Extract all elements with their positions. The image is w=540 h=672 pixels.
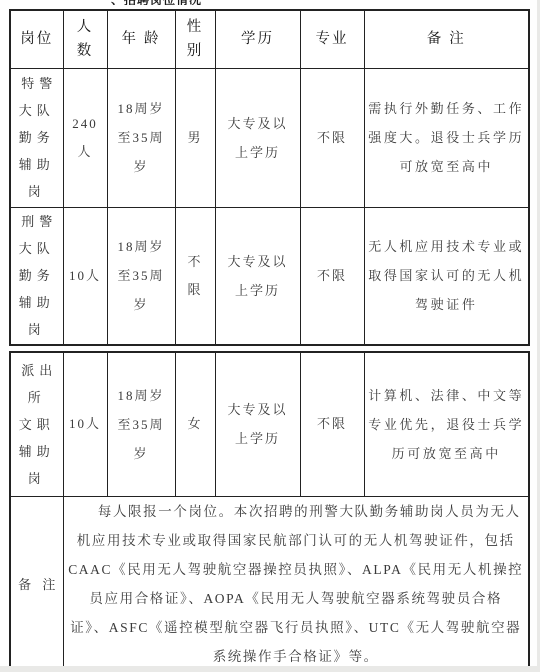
cell-gender: 女: [175, 352, 215, 496]
cell-count: 240 人: [63, 68, 107, 207]
cell-remarks: 计算机、法律、中文等 专业优先，退役士兵学 历可放宽至高中: [364, 352, 529, 496]
cell-gender: 男: [175, 68, 215, 207]
header-education: 学历: [215, 10, 300, 68]
page-edge-bottom: [0, 666, 540, 672]
cell-age: 18周岁 至35周 岁: [107, 352, 175, 496]
table-row: 派出 所 文职 辅助 岗 10人 18周岁 至35周 岁 女 大专及以 上学历 …: [10, 352, 529, 496]
header-remarks: 备 注: [364, 10, 529, 68]
cell-education: 大专及以 上学历: [215, 207, 300, 345]
cell-remarks: 需执行外勤任务、工作 强度大。退役士兵学历 可放宽至高中: [364, 68, 529, 207]
cell-education: 大专及以 上学历: [215, 352, 300, 496]
header-gender: 性 别: [175, 10, 215, 68]
recruitment-table-upper: 岗位 人 数 年 龄 性 别 学历 专业 备 注 特警 大队 勤务 辅助 岗 2…: [9, 9, 530, 346]
cell-major: 不限: [300, 68, 364, 207]
header-row: 岗位 人 数 年 龄 性 别 学历 专业 备 注: [10, 10, 529, 68]
cell-position: 特警 大队 勤务 辅助 岗: [10, 68, 63, 207]
footer-remarks-label: 备 注: [10, 496, 63, 672]
cell-count: 10人: [63, 207, 107, 345]
cell-gender: 不 限: [175, 207, 215, 345]
cell-education: 大专及以 上学历: [215, 68, 300, 207]
footer-remarks-row: 备 注 每人限报一个岗位。本次招聘的刑警大队勤务辅助岗人员为无人 机应用技术专业…: [10, 496, 529, 672]
table-row: 特警 大队 勤务 辅助 岗 240 人 18周岁 至35周 岁 男 大专及以 上…: [10, 68, 529, 207]
cell-major: 不限: [300, 207, 364, 345]
cell-age: 18周岁 至35周 岁: [107, 68, 175, 207]
footer-remarks-text: 每人限报一个岗位。本次招聘的刑警大队勤务辅助岗人员为无人 机应用技术专业或取得国…: [63, 496, 529, 672]
clipped-heading: 一、招聘岗位情况: [98, 0, 208, 5]
header-count: 人 数: [63, 10, 107, 68]
header-major: 专业: [300, 10, 364, 68]
recruitment-table-lower: 派出 所 文职 辅助 岗 10人 18周岁 至35周 岁 女 大专及以 上学历 …: [9, 351, 530, 672]
table-row: 刑警 大队 勤务 辅助 岗 10人 18周岁 至35周 岁 不 限 大专及以 上…: [10, 207, 529, 345]
cell-age: 18周岁 至35周 岁: [107, 207, 175, 345]
cell-remarks: 无人机应用技术专业或 取得国家认可的无人机 驾驶证件: [364, 207, 529, 345]
cell-position: 派出 所 文职 辅助 岗: [10, 352, 63, 496]
cell-major: 不限: [300, 352, 364, 496]
cell-count: 10人: [63, 352, 107, 496]
document-page: 一、招聘岗位情况 岗位 人 数 年 龄 性 别 学历 专业 备 注 特警 大队 …: [0, 0, 540, 672]
clipped-heading-text: 一、招聘岗位情况: [98, 0, 202, 5]
header-age: 年 龄: [107, 10, 175, 68]
cell-position: 刑警 大队 勤务 辅助 岗: [10, 207, 63, 345]
header-position: 岗位: [10, 10, 63, 68]
